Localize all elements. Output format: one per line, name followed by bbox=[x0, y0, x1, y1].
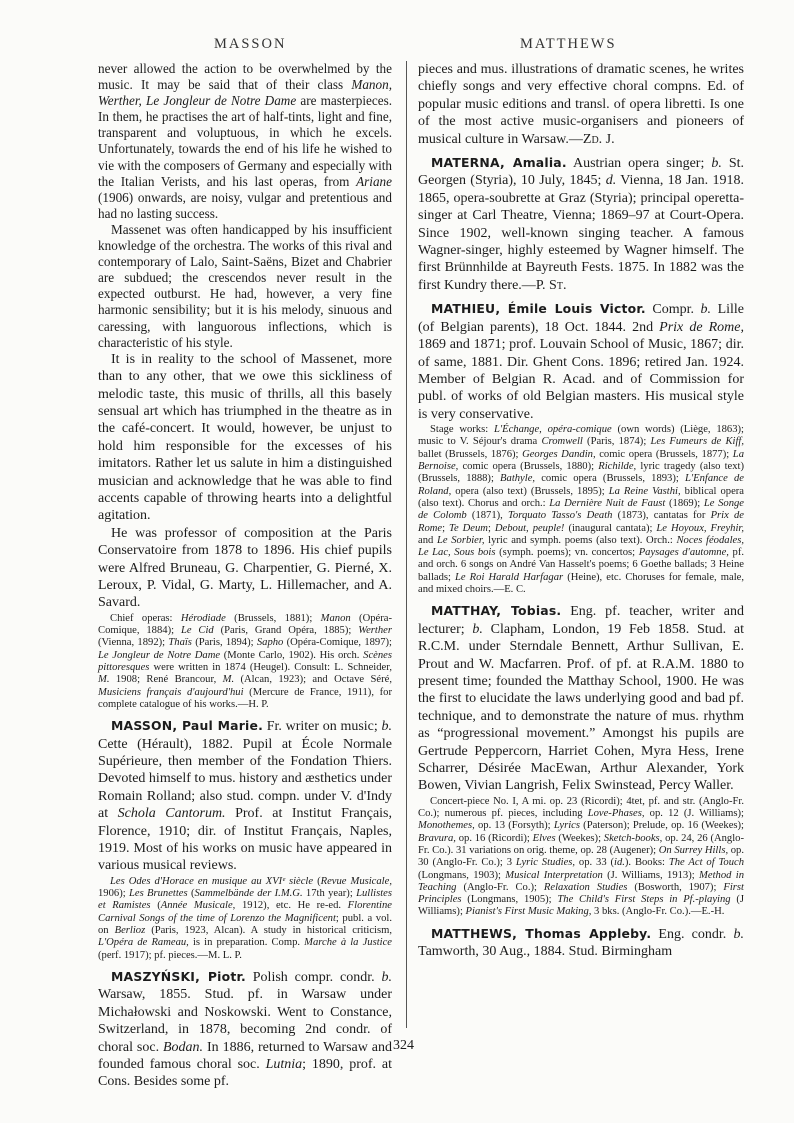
running-head-right: MATTHEWS bbox=[520, 36, 617, 53]
entry-mathieu: MATHIEU, Émile Louis Victor. Compr. b. L… bbox=[418, 300, 744, 596]
materna-bio: Austrian opera singer; b. St. Georgen (S… bbox=[418, 156, 744, 293]
left-column: never allowed the action to be overwhelm… bbox=[98, 61, 392, 1091]
headword-mathieu: MATHIEU, Émile Louis Victor. bbox=[431, 301, 646, 316]
entry-materna: MATERNA, Amalia. Austrian opera singer; … bbox=[418, 154, 744, 294]
massenet-paragraph-2: Massenet was often handicapped by his in… bbox=[98, 222, 392, 351]
headword-materna: MATERNA, Amalia. bbox=[431, 155, 567, 170]
maszynski-bio: Polish compr. condr. b. Warsaw, 1855. St… bbox=[98, 970, 392, 1089]
headword-masson: MASSON, Paul Marie. bbox=[111, 718, 263, 733]
page-number: 324 bbox=[393, 1038, 414, 1054]
column-divider bbox=[406, 61, 407, 1028]
massenet-works-list: Chief operas: Hérodiade (Brussels, 1881)… bbox=[98, 613, 392, 711]
massenet-paragraph-3: It is in reality to the school of Massen… bbox=[98, 351, 392, 525]
masson-works-list: Les Odes d'Horace en musique au XVIᵉ siè… bbox=[98, 876, 392, 962]
headword-matthay: MATTHAY, Tobias. bbox=[431, 603, 561, 618]
massenet-paragraph-1: never allowed the action to be overwhelm… bbox=[98, 61, 392, 222]
matthay-works-list: Concert-piece No. I, A mi. op. 23 (Ricor… bbox=[418, 796, 744, 919]
running-head-left: MASSON bbox=[214, 36, 286, 53]
headword-maszynski: MASZYŃSKI, Piotr. bbox=[111, 969, 246, 984]
entry-matthay: MATTHAY, Tobias. Eng. pf. teacher, write… bbox=[418, 602, 744, 918]
right-column: pieces and mus. illustrations of dramati… bbox=[418, 61, 744, 961]
masson-bio: Fr. writer on music; b. Cette (Hérault),… bbox=[98, 719, 392, 873]
mathieu-bio: Compr. b. Lille (of Belgian parents), 18… bbox=[418, 302, 744, 421]
massenet-paragraph-4: He was professor of composition at the P… bbox=[98, 525, 392, 612]
entry-masson: MASSON, Paul Marie. Fr. writer on music;… bbox=[98, 717, 392, 962]
matthay-bio: Eng. pf. teacher, writer and lecturer; b… bbox=[418, 604, 744, 793]
entry-maszynski: MASZYŃSKI, Piotr. Polish compr. condr. b… bbox=[98, 968, 392, 1091]
mathieu-works-list: Stage works: L'Échange, opéra-comique (o… bbox=[418, 424, 744, 596]
entry-matthews: MATTHEWS, Thomas Appleby. Eng. condr. b.… bbox=[418, 925, 744, 961]
headword-matthews: MATTHEWS, Thomas Appleby. bbox=[431, 926, 651, 941]
maszynski-continuation: pieces and mus. illustrations of dramati… bbox=[418, 61, 744, 148]
